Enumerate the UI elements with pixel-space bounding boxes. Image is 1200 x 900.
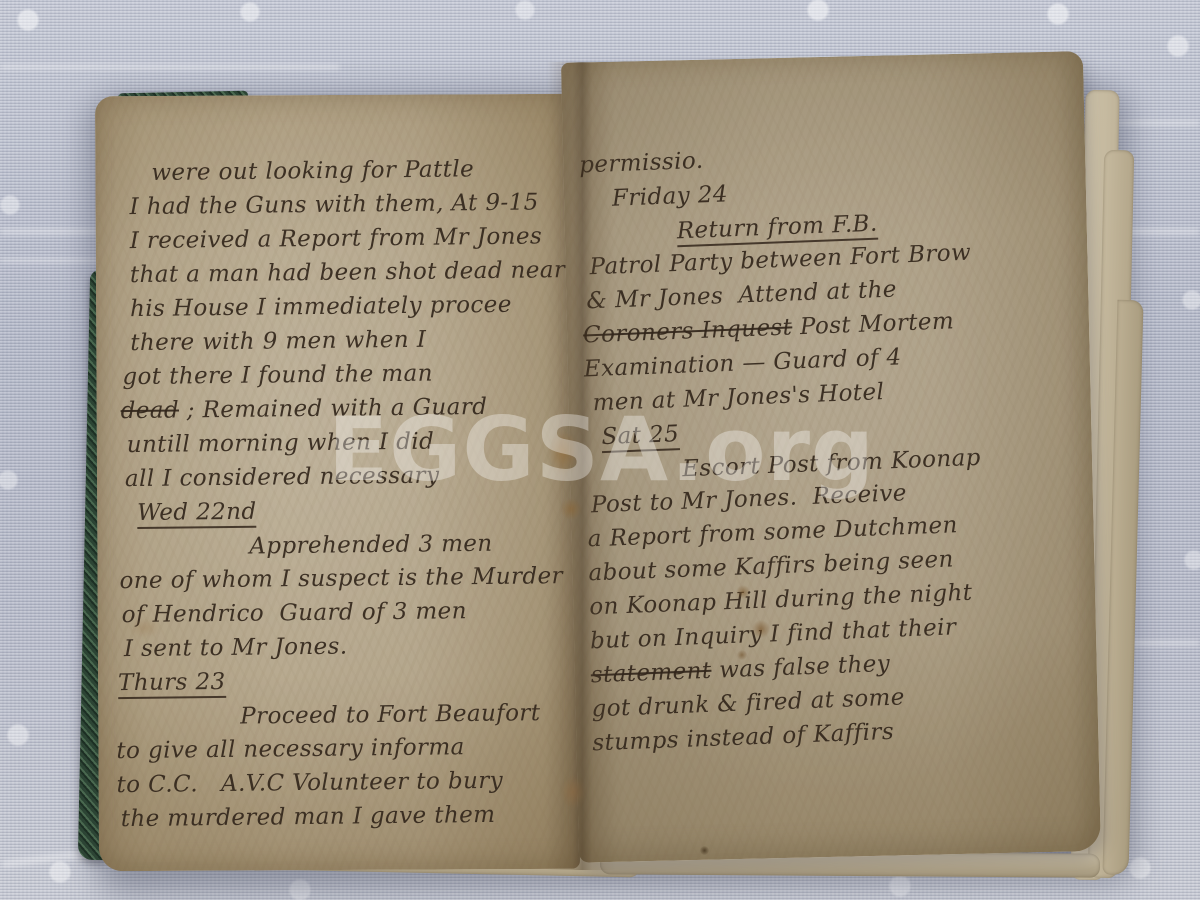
handwriting-text: Proceed to Fort Beaufort <box>240 700 540 729</box>
handwriting-text: to give all necessary informa <box>116 734 465 764</box>
handwriting-line: all I considered necessary <box>125 457 574 496</box>
handwriting-line: the murdered man I gave them <box>121 797 576 836</box>
right-page: permissio.Friday 24Return from F.B.Patro… <box>561 51 1101 863</box>
handwriting-text: Sat 25 <box>601 421 680 453</box>
handwriting-line: Proceed to Fort Beaufort <box>240 696 575 734</box>
handwriting-text: Wed 22nd <box>137 499 257 529</box>
right-page-lines: permissio.Friday 24Return from F.B.Patro… <box>579 137 1099 760</box>
handwriting-line: were out looking for Pattle <box>151 151 572 190</box>
handwriting-text: stumps instead of Kaffirs <box>592 719 895 757</box>
handwriting-line: Thurs 23 <box>118 661 575 700</box>
handwriting-line: of Hendrico Guard of 3 men <box>121 593 574 632</box>
handwriting-line: there with 9 men when I <box>130 321 573 360</box>
handwriting-text: Friday 24 <box>612 181 729 211</box>
handwriting-text: I had the Guns with them, At 9-15 <box>129 189 538 220</box>
handwriting-line: dead ; Remained with a Guard <box>120 389 573 428</box>
handwriting-line: I sent to Mr Jones. <box>124 627 575 666</box>
fabric-streak <box>0 64 340 70</box>
handwriting-text: got there I found the man <box>122 361 433 391</box>
handwriting-text: his House I immediately procee <box>130 292 512 322</box>
handwriting-text: Post Mortem <box>792 308 955 340</box>
left-page: were out looking for PattleI had the Gun… <box>95 94 580 872</box>
handwriting-text: one of whom I suspect is the Murder <box>119 563 563 594</box>
handwriting-text: of Hendrico Guard of 3 men <box>122 598 467 628</box>
struck-word: statement <box>590 658 712 689</box>
handwriting-line: I received a Report from Mr Jones <box>130 219 573 258</box>
handwriting-line: Wed 22nd <box>137 491 574 530</box>
handwriting-text: I received a Report from Mr Jones <box>130 223 543 254</box>
handwriting-text: untill morning when I did <box>127 429 435 458</box>
handwriting-line: to C.C. A.V.C Volunteer to bury <box>116 763 575 802</box>
handwriting-text: ; Remained with a Guard <box>179 394 488 423</box>
handwriting-text: to C.C. A.V.C Volunteer to bury <box>116 768 503 798</box>
handwriting-text: permissio. <box>579 148 704 179</box>
handwriting-text: was false they <box>711 651 891 684</box>
handwriting-line: to give all necessary informa <box>116 729 575 768</box>
left-page-lines: were out looking for PattleI had the Gun… <box>129 154 576 836</box>
handwriting-line: his House I immediately procee <box>130 287 573 326</box>
handwriting-text: I sent to Mr Jones. <box>124 634 348 663</box>
struck-word: Coroners Inquest <box>583 314 793 348</box>
handwriting-line: Apprehended 3 men <box>249 526 574 564</box>
handwriting-text: all I considered necessary <box>125 463 440 493</box>
handwriting-line: that a man had been shot dead near <box>130 253 573 292</box>
handwriting-line: untill morning when I did <box>127 423 574 462</box>
handwriting-text: that a man had been shot dead near <box>130 257 566 288</box>
handwriting-text: Apprehended 3 men <box>249 531 493 560</box>
struck-word: dead <box>120 397 179 424</box>
handwriting-text: were out looking for Pattle <box>151 156 474 186</box>
handwriting-text: the murdered man I gave them <box>121 802 496 832</box>
handwriting-text: Thurs 23 <box>118 669 226 699</box>
handwriting-line: one of whom I suspect is the Murder <box>119 559 574 598</box>
handwriting-text: there with 9 men when I <box>130 327 426 356</box>
photo-scene: were out looking for PattleI had the Gun… <box>0 0 1200 900</box>
handwriting-line: I had the Guns with them, At 9-15 <box>129 185 572 224</box>
handwriting-line: got there I found the man <box>122 355 573 394</box>
